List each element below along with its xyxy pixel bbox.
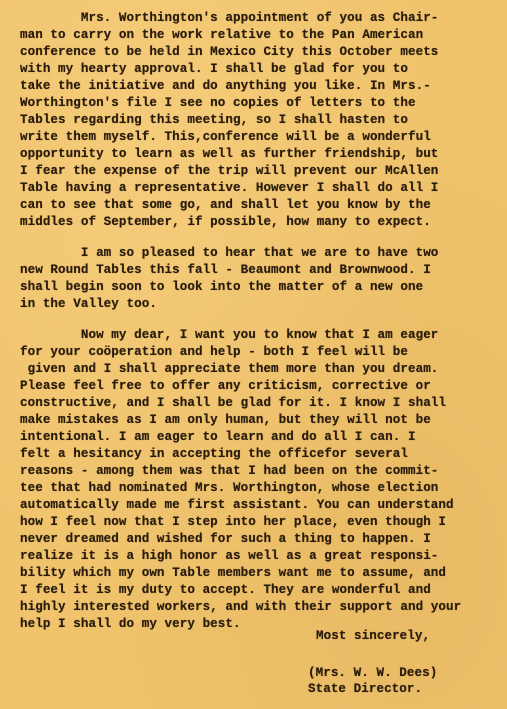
closing: Most sincerely, <box>316 628 430 644</box>
text-line: opportunity to learn as well as further … <box>20 146 438 162</box>
text-line: in the Valley too. <box>20 296 157 312</box>
text-line: middles of September, if possible, how m… <box>20 214 431 230</box>
text-line: reasons - among them was that I had been… <box>20 463 438 479</box>
text-line: Now my dear, I want you to know that I a… <box>20 327 438 343</box>
text-line: highly interested workers, and with thei… <box>20 599 461 615</box>
text-line: Mrs. Worthington's appointment of you as… <box>20 10 438 26</box>
text-line: new Round Tables this fall - Beaumont an… <box>20 262 431 278</box>
text-line: Worthington's file I see no copies of le… <box>20 95 416 111</box>
text-line: constructive, and I shall be glad for it… <box>20 395 446 411</box>
text-line: tee that had nominated Mrs. Worthington,… <box>20 480 438 496</box>
text-line: Please feel free to offer any criticism,… <box>20 378 431 394</box>
text-line: given and I shall appreciate them more t… <box>20 361 438 377</box>
signature-title: State Director. <box>308 681 422 697</box>
text-line: for your coöperation and help - both I f… <box>20 344 408 360</box>
text-line: take the initiative and do anything you … <box>20 78 431 94</box>
text-line: man to carry on the work relative to the… <box>20 27 423 43</box>
text-line: felt a hesitancy in accepting the office… <box>20 446 408 462</box>
text-line: I am so pleased to hear that we are to h… <box>20 245 438 261</box>
typed-letter-page: Mrs. Worthington's appointment of you as… <box>0 0 507 709</box>
text-line: realize it is a high honor as well as a … <box>20 548 438 564</box>
text-line: with my hearty approval. I shall be glad… <box>20 61 408 77</box>
text-line: make mistakes as I am only human, but th… <box>20 412 431 428</box>
text-line: I feel it is my duty to accept. They are… <box>20 582 431 598</box>
text-line: write them myself. This,conference will … <box>20 129 431 145</box>
text-line: how I feel now that I step into her plac… <box>20 514 446 530</box>
text-line: Table having a representative. However I… <box>20 180 438 196</box>
text-line: intentional. I am eager to learn and do … <box>20 429 416 445</box>
text-line: I fear the expense of the trip will prev… <box>20 163 438 179</box>
text-line: conference to be held in Mexico City thi… <box>20 44 438 60</box>
text-line: shall begin soon to look into the matter… <box>20 279 423 295</box>
text-line: help I shall do my very best. <box>20 616 241 632</box>
text-line: automatically made me first assistant. Y… <box>20 497 454 513</box>
text-line: Tables regarding this meeting, so I shal… <box>20 112 408 128</box>
signature-name: (Mrs. W. W. Dees) <box>308 665 437 681</box>
text-line: can to see that some go, and shall let y… <box>20 197 431 213</box>
text-line: bility which my own Table members want m… <box>20 565 446 581</box>
text-line: never dreamed and wished for such a thin… <box>20 531 431 547</box>
